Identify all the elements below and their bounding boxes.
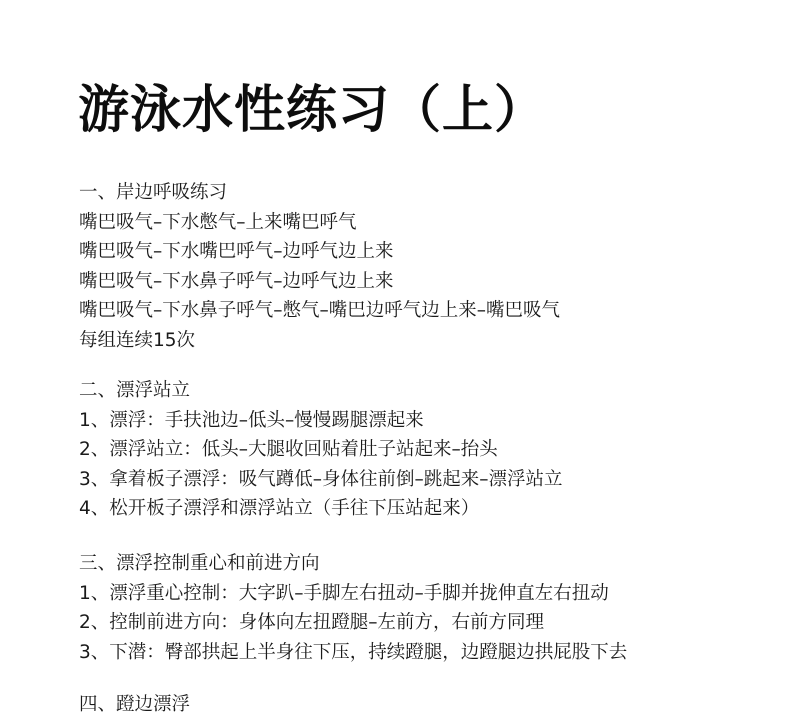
section-line: 4、松开板子漂浮和漂浮站立（手往下压站起来）	[79, 494, 563, 524]
document-title: 游泳水性练习（上）	[78, 76, 546, 146]
section-line: 嘴巴吸气–下水鼻子呼气–边呼气边上来	[79, 267, 560, 297]
section-line: 2、漂浮站立：低头–大腿收回贴着肚子站起来–抬头	[79, 435, 563, 465]
section-line: 1、漂浮：手扶池边–低头–慢慢踢腿漂起来	[79, 406, 563, 436]
section-heading: 二、漂浮站立	[79, 376, 563, 406]
section-heading: 四、蹬边漂浮	[79, 690, 190, 718]
section-float-stand: 二、漂浮站立 1、漂浮：手扶池边–低头–慢慢踢腿漂起来 2、漂浮站立：低头–大腿…	[79, 376, 563, 524]
section-line: 2、控制前进方向：身体向左扭蹬腿–左前方，右前方同理	[79, 608, 627, 638]
section-line: 3、下潜：臀部拱起上半身往下压，持续蹬腿，边蹬腿边拱屁股下去	[79, 638, 627, 668]
section-line: 嘴巴吸气–下水憋气–上来嘴巴呼气	[79, 208, 560, 238]
section-line: 1、漂浮重心控制：大字趴–手脚左右扭动–手脚并拢伸直左右扭动	[79, 579, 627, 609]
section-shore-breathing: 一、岸边呼吸练习 嘴巴吸气–下水憋气–上来嘴巴呼气 嘴巴吸气–下水嘴巴呼气–边呼…	[79, 178, 560, 355]
section-heading: 三、漂浮控制重心和前进方向	[79, 549, 627, 579]
section-line: 嘴巴吸气–下水嘴巴呼气–边呼气边上来	[79, 237, 560, 267]
section-float-control: 三、漂浮控制重心和前进方向 1、漂浮重心控制：大字趴–手脚左右扭动–手脚并拢伸直…	[79, 549, 627, 667]
section-line: 每组连续15次	[79, 326, 560, 356]
section-line: 嘴巴吸气–下水鼻子呼气–憋气–嘴巴边呼气边上来–嘴巴吸气	[79, 296, 560, 326]
document-page: 游泳水性练习（上） 一、岸边呼吸练习 嘴巴吸气–下水憋气–上来嘴巴呼气 嘴巴吸气…	[0, 0, 800, 718]
section-push-off-float: 四、蹬边漂浮	[79, 690, 190, 718]
section-heading: 一、岸边呼吸练习	[79, 178, 560, 208]
section-line: 3、拿着板子漂浮：吸气蹲低–身体往前倒–跳起来–漂浮站立	[79, 465, 563, 495]
